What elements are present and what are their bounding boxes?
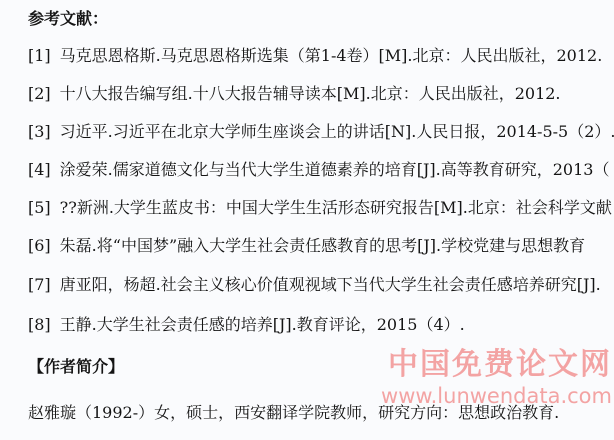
reference-text: 习近平.习近平在北京大学师生座谈会上的讲话[N].人民日报，2014-5-5（2… xyxy=(60,122,614,141)
reference-text: 王静.大学生社会责任感的培养[J].教育评论，2015（4）. xyxy=(60,315,465,334)
reference-item: [4]涂爱荣.儒家道德文化与当代大学生道德素养的培育[J].高等教育研究，201… xyxy=(28,160,614,180)
reference-text: 十八大报告编写组.十八大报告辅导读本[M].北京：人民出版社，2012. xyxy=(60,84,561,103)
reference-item: [7]唐亚阳，杨超.社会主义核心价值观视域下当代大学生社会责任感培养研究[J]. xyxy=(28,275,614,295)
reference-id: [5] xyxy=(28,198,51,218)
reference-item: [2]十八大报告编写组.十八大报告辅导读本[M].北京：人民出版社，2012. xyxy=(28,84,614,104)
reference-id: [7] xyxy=(28,275,51,295)
reference-text: 涂爱荣.儒家道德文化与当代大学生道德素养的培育[J].高等教育研究，2013（ xyxy=(60,160,610,179)
reference-id: [8] xyxy=(28,315,51,335)
reference-text: ??新洲.大学生蓝皮书：中国大学生生活形态研究报告[M].北京：社会科学文献 xyxy=(60,198,612,217)
reference-id: [6] xyxy=(28,236,51,256)
document-page: 中国免费论文网 www.lunwendata.com 参考文献： [1]马克思恩… xyxy=(0,0,614,440)
reference-item: [3]习近平.习近平在北京大学师生座谈会上的讲话[N].人民日报，2014-5-… xyxy=(28,122,614,142)
reference-id: [2] xyxy=(28,84,51,104)
reference-item: [6]朱磊.将“中国梦”融入大学生社会责任感教育的思考[J].学校党建与思想教育 xyxy=(28,236,614,256)
reference-text: 唐亚阳，杨超.社会主义核心价值观视域下当代大学生社会责任感培养研究[J]. xyxy=(60,275,601,294)
reference-text: 朱磊.将“中国梦”融入大学生社会责任感教育的思考[J].学校党建与思想教育 xyxy=(60,236,585,255)
reference-item: [1]马克思恩格斯.马克思恩格斯选集（第1-4卷）[M].北京：人民出版社，20… xyxy=(28,46,614,66)
reference-item: [8]王静.大学生社会责任感的培养[J].教育评论，2015（4）. xyxy=(28,315,614,335)
reference-text: 马克思恩格斯.马克思恩格斯选集（第1-4卷）[M].北京：人民出版社，2012. xyxy=(60,46,603,65)
reference-item: [5]??新洲.大学生蓝皮书：中国大学生生活形态研究报告[M].北京：社会科学文… xyxy=(28,198,614,218)
reference-id: [1] xyxy=(28,46,51,66)
reference-id: [4] xyxy=(28,160,51,180)
references-heading: 参考文献： xyxy=(28,9,614,29)
author-section-heading: 【作者简介】 xyxy=(28,357,614,377)
reference-id: [3] xyxy=(28,122,51,142)
author-bio: 赵雅璇（1992-）女，硕士，西安翻译学院教师，研究方向：思想政治教育. xyxy=(28,403,614,423)
